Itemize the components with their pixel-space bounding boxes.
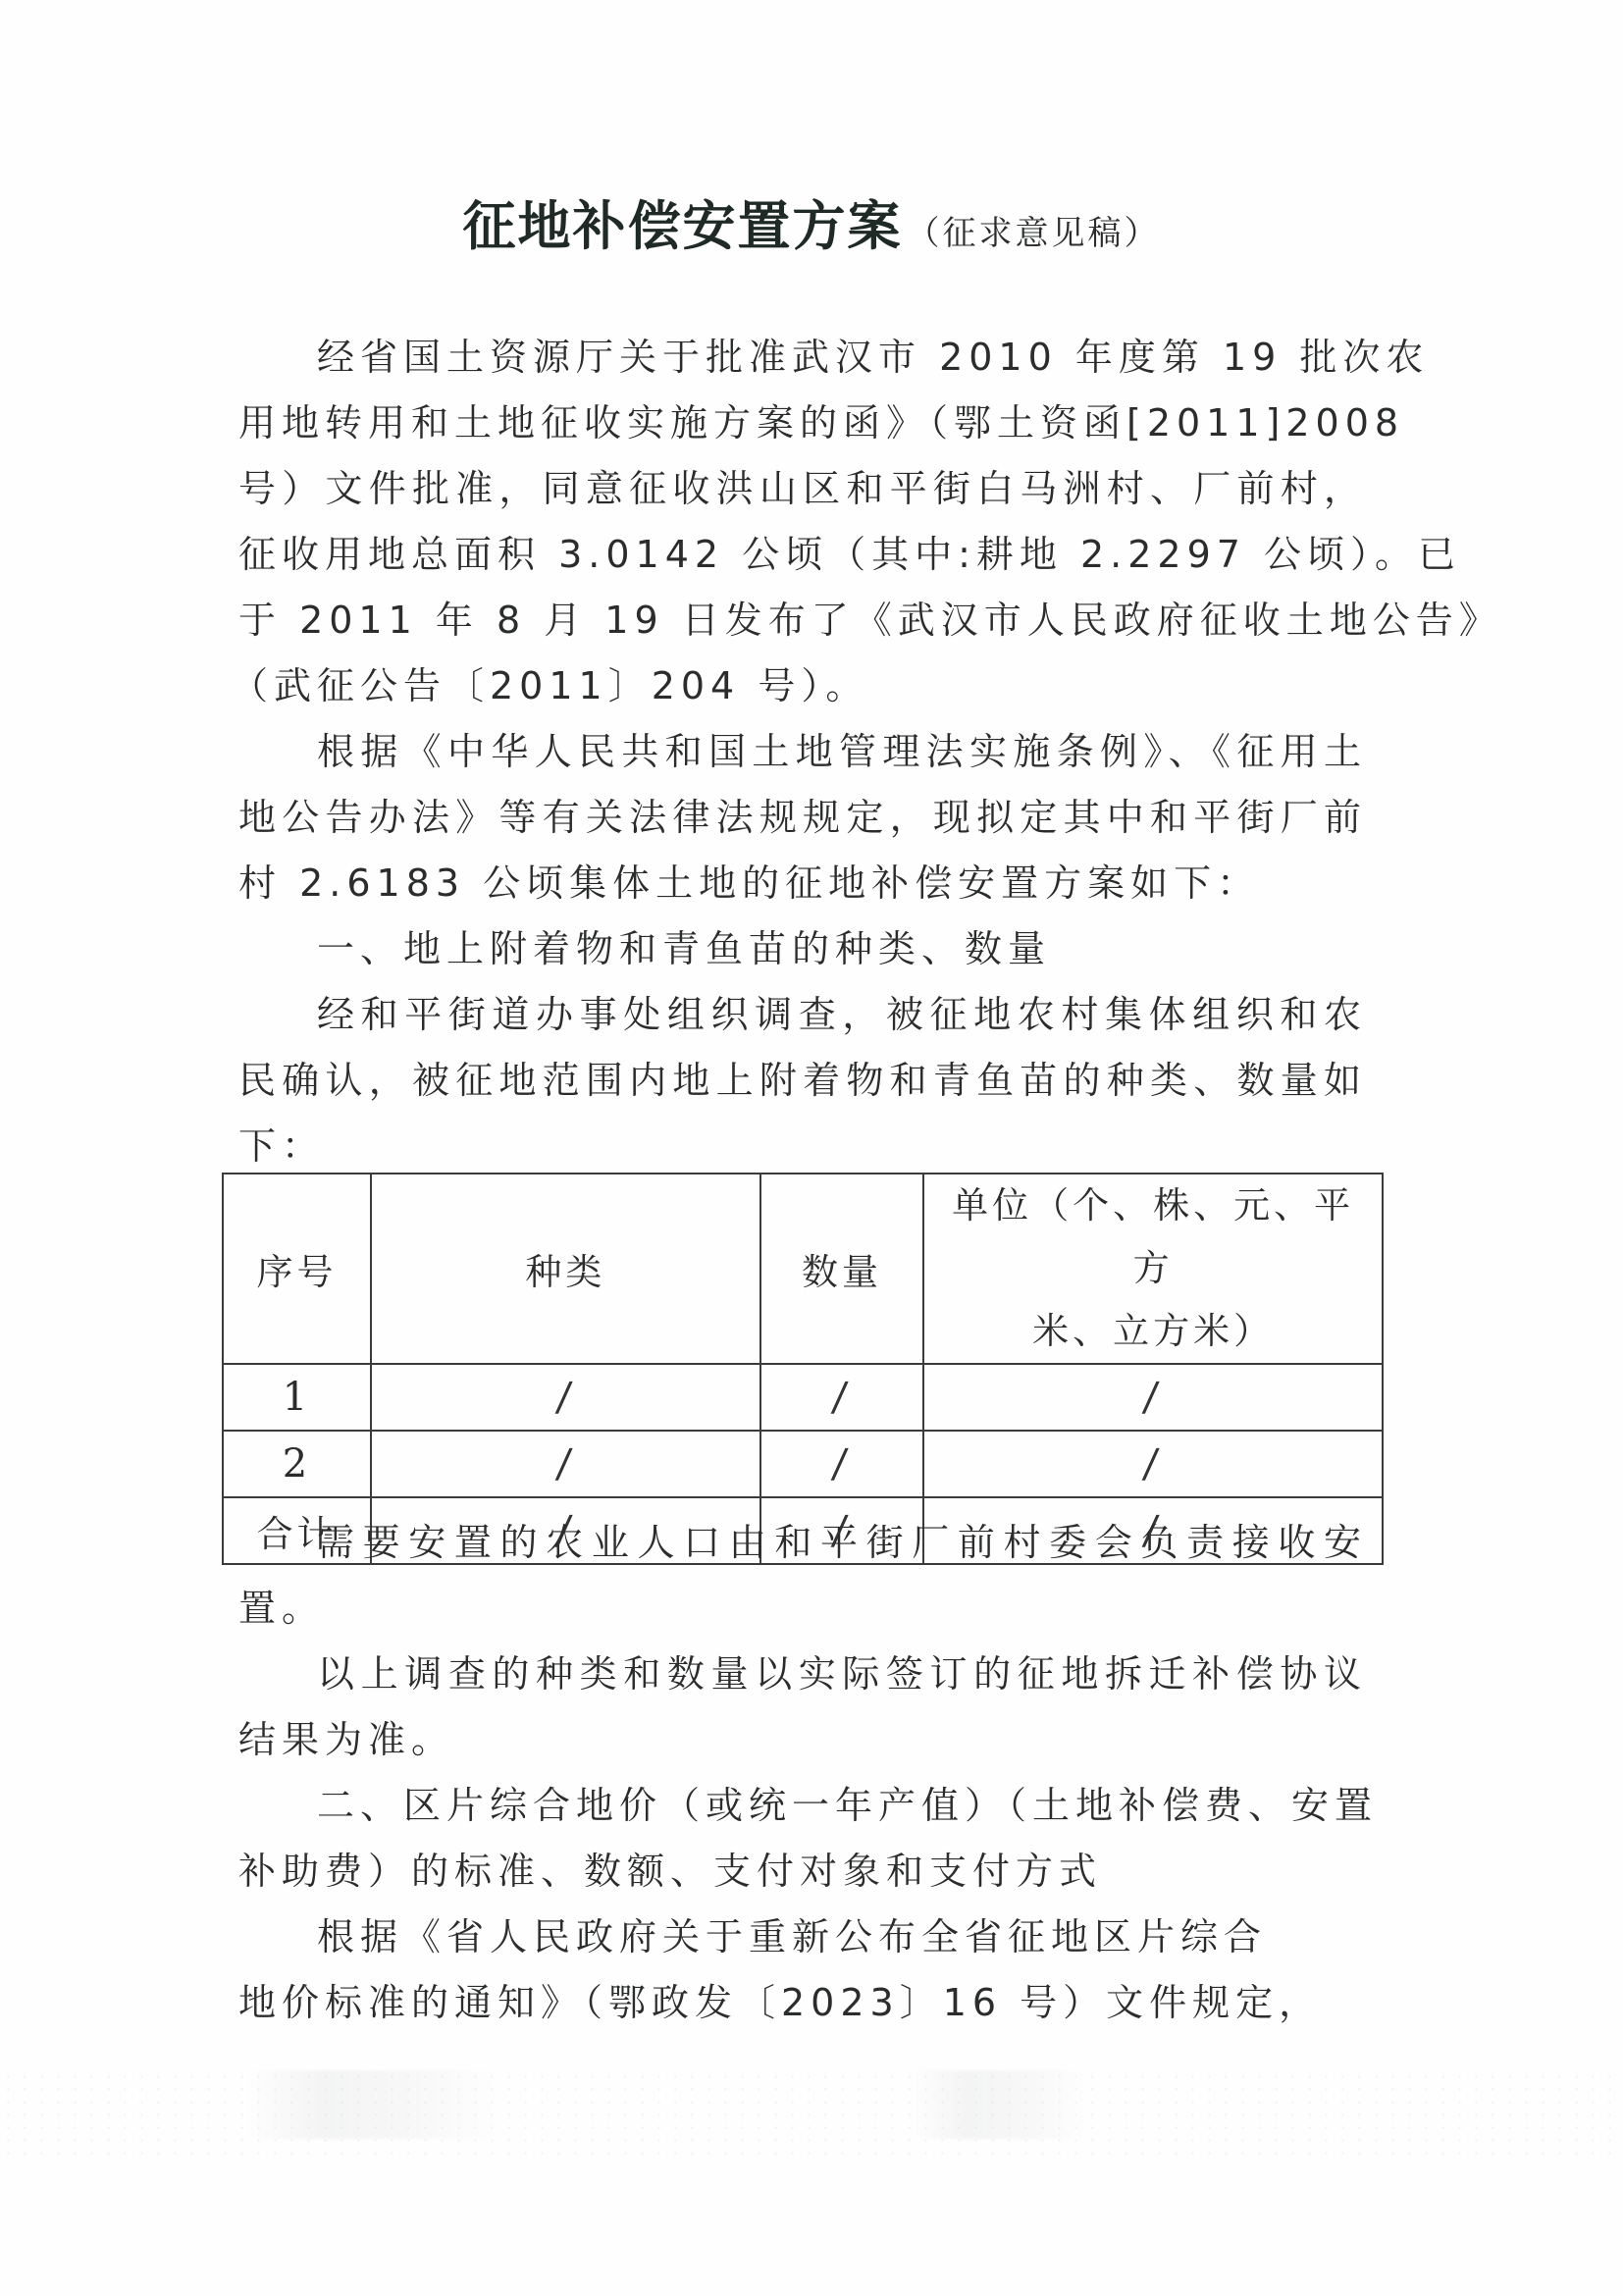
- header-unit-line-1: 单位（个、株、元、平方: [934, 1174, 1372, 1300]
- paragraph-6-line-2: 地价标准的通知》（鄂政发〔2023〕16 号）文件规定，: [238, 1979, 1367, 2026]
- attachments-table: 序号 种类 数量 单位（个、株、元、平方 米、立方米） 1 / / / 2 / …: [222, 1173, 1384, 1565]
- paragraph-3-line-3: 下：: [238, 1122, 1367, 1170]
- table-row: 1 / / /: [223, 1364, 1383, 1431]
- cell-type: /: [371, 1364, 760, 1431]
- header-quantity: 数量: [760, 1174, 923, 1364]
- section-2-heading-line-2: 补助费）的标准、数额、支付对象和支付方式: [238, 1848, 1367, 1895]
- empty-slash: /: [830, 1441, 854, 1487]
- empty-slash: /: [553, 1375, 577, 1420]
- cell-unit: /: [923, 1431, 1383, 1497]
- title-main: 征地补偿安置方案: [463, 195, 903, 257]
- scan-noise: [0, 2070, 1623, 2159]
- paragraph-2-line-2: 地公告办法》等有关法律法规规定，现拟定其中和平街厂前: [238, 794, 1367, 841]
- header-type: 种类: [371, 1174, 760, 1364]
- title-draft-note: （征求意见稿）: [907, 214, 1161, 253]
- header-unit-line-2: 米、立方米）: [934, 1300, 1372, 1363]
- paragraph-2-line-1: 根据《中华人民共和国土地管理法实施条例》、《征用土: [317, 728, 1367, 775]
- paragraph-6-line-1: 根据《省人民政府关于重新公布全省征地区片综合: [317, 1913, 1445, 1960]
- cell-quantity: /: [760, 1431, 923, 1497]
- section-2-heading-line-1: 二、区片综合地价（或统一年产值）（土地补偿费、安置: [317, 1782, 1367, 1829]
- paragraph-3-line-1: 经和平街道办事处组织调查，被征地农村集体组织和农: [317, 991, 1367, 1038]
- cell-type: /: [371, 1431, 760, 1497]
- section-1-heading: 一、地上附着物和青鱼苗的种类、数量: [317, 925, 1445, 972]
- paragraph-1-line-4: 征收用地总面积 3.0142 公顷（其中:耕地 2.2297 公顷）。已: [238, 531, 1367, 578]
- paragraph-1-line-6: （武征公告〔2011〕204 号）。: [231, 662, 1359, 709]
- cell-index: 1: [223, 1364, 371, 1431]
- empty-slash: /: [1141, 1441, 1165, 1487]
- paragraph-5-line-2: 结果为准。: [238, 1716, 1367, 1763]
- empty-slash: /: [553, 1441, 577, 1487]
- cell-index: 2: [223, 1431, 371, 1497]
- empty-slash: /: [1141, 1375, 1165, 1420]
- scan-bleed-left: [245, 2070, 500, 2139]
- table-row: 2 / / /: [223, 1431, 1383, 1497]
- cell-quantity: /: [760, 1364, 923, 1431]
- paragraph-1-line-5: 于 2011 年 8 月 19 日发布了《武汉市人民政府征收土地公告》: [238, 597, 1367, 644]
- scan-bleed-right: [913, 2070, 1089, 2139]
- paragraph-4-line-1: 需要安置的农业人口由和平街厂前村委会负责接收安: [317, 1519, 1367, 1566]
- document-title: 征地补偿安置方案（征求意见稿）: [0, 184, 1623, 260]
- paragraph-1-line-1: 经省国土资源厅关于批准武汉市 2010 年度第 19 批次农: [317, 334, 1367, 381]
- paragraph-3-line-2: 民确认，被征地范围内地上附着物和青鱼苗的种类、数量如: [238, 1057, 1367, 1104]
- document-page: 征地补偿安置方案（征求意见稿） 经省国土资源厅关于批准武汉市 2010 年度第 …: [0, 0, 1623, 2296]
- paragraph-1-line-3: 号）文件批准，同意征收洪山区和平街白马洲村、厂前村，: [238, 465, 1367, 512]
- table-header-row: 序号 种类 数量 单位（个、株、元、平方 米、立方米）: [223, 1174, 1383, 1364]
- header-index: 序号: [223, 1174, 371, 1364]
- paragraph-5-line-1: 以上调查的种类和数量以实际签订的征地拆迁补偿协议: [317, 1650, 1367, 1697]
- paragraph-2-line-3: 村 2.6183 公顷集体土地的征地补偿安置方案如下：: [238, 860, 1367, 907]
- cell-unit: /: [923, 1364, 1383, 1431]
- paragraph-1-line-2: 用地转用和土地征收实施方案的函》（鄂土资函[2011]2008: [238, 399, 1367, 446]
- header-unit: 单位（个、株、元、平方 米、立方米）: [923, 1174, 1383, 1364]
- paragraph-4-line-2: 置。: [238, 1585, 1367, 1632]
- empty-slash: /: [830, 1375, 854, 1420]
